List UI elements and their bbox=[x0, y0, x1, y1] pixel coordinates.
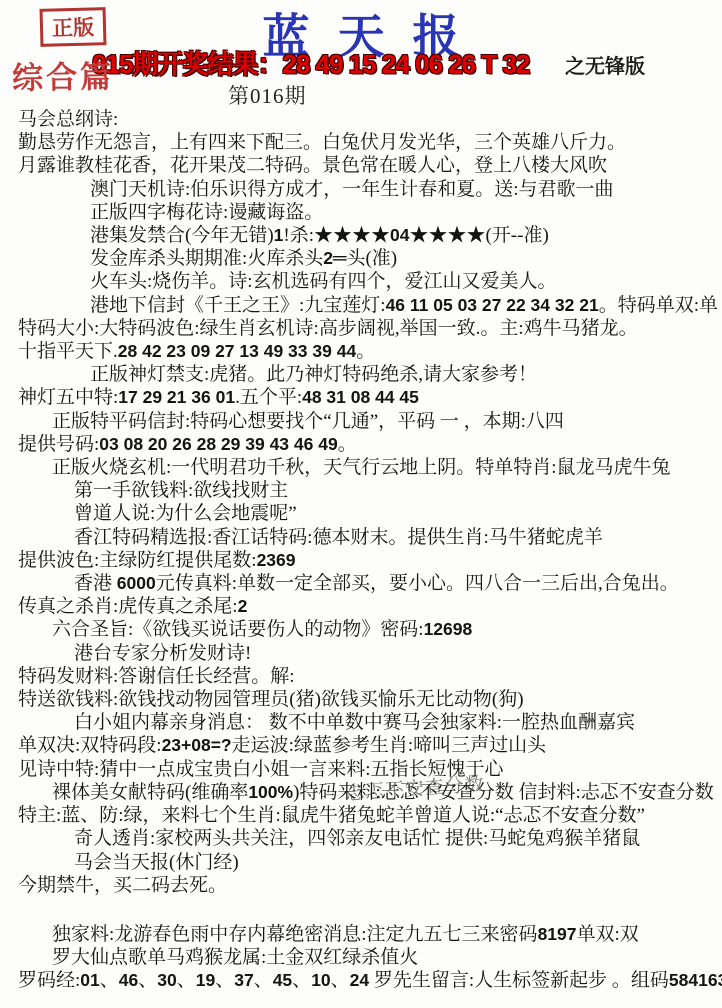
text-line: 传真之杀肖:虎传真之杀尾:2 bbox=[0, 595, 722, 618]
number-run: 12698 bbox=[424, 619, 473, 639]
text-line: 提供波色:主绿防红提供尾数:2369 bbox=[0, 549, 722, 572]
text-line: 单双决:双特码段:23+08=?走运波:绿蓝参考生肖:啼叫三声过山头 bbox=[0, 734, 722, 757]
text-line: 特送欲钱料:欲钱找动物园管理员(猪)欲钱买愉乐无比动物(狗) bbox=[0, 688, 722, 711]
number-run: 23+08=? bbox=[162, 735, 232, 755]
text-line: 港集发禁合(今年无错)1!杀:★★★★04★★★★(开--准) bbox=[0, 224, 722, 247]
text-line: 澳门天机诗:伯乐识得方成才，一年生计春和夏。送:与君歌一曲 bbox=[0, 178, 722, 201]
text-line: 六合圣旨:《欲钱买说话要伤人的动物》密码:12698 bbox=[0, 618, 722, 641]
text-line: 正版火烧玄机:一代明君功千秋，天气行云地上阴。特单特肖:鼠龙马虎牛兔 bbox=[0, 456, 722, 479]
body-text: 马会总纲诗:勤恳劳作无怨言，上有四来下配三。白兔伏月发光华，三个英雄八斤力。月露… bbox=[0, 108, 722, 993]
number-run: 2 bbox=[323, 248, 333, 268]
text-line: 罗码经:01、46、30、19、37、45、10、24 罗先生留言:人生标签新起… bbox=[0, 969, 722, 992]
text-line: 特码发财料:答谢信任长经营。解: bbox=[0, 665, 722, 688]
issue-number: 第016期 bbox=[228, 80, 307, 110]
number-run: 30 bbox=[157, 970, 176, 990]
text-line: 今期禁牛，买二码去死。 bbox=[0, 874, 722, 897]
text-line: 发金库杀头期期准:火库杀头2═头(准) bbox=[0, 247, 722, 270]
number-run: 45 bbox=[273, 970, 292, 990]
number-run: 01 bbox=[80, 970, 99, 990]
number-run: 46 bbox=[119, 970, 138, 990]
text-line: 正版神灯禁支:虎猪。此乃神灯特码绝杀,请大家参考！ bbox=[0, 363, 722, 386]
number-run: 1 bbox=[274, 225, 284, 245]
number-run: 8197 bbox=[538, 924, 577, 944]
text-line: 见诗中特:猜中一点成宝贵白小姐一言来料:五指长短愧于心 bbox=[0, 758, 722, 781]
number-run: 46 11 05 03 27 22 34 32 21 bbox=[386, 295, 599, 315]
text-line: 白小姐内幕亲身消息： 数不中单数中赛马会独家料:一腔热血酬嘉宾 bbox=[0, 711, 722, 734]
text-line: 正版特平码信封:特码心想要找个“几通”，平码 一 ，本期:八四 bbox=[0, 410, 722, 433]
number-run: 48 31 08 44 45 bbox=[302, 387, 419, 407]
text-line: 十指平天下.28 42 23 09 27 13 49 33 39 44。 bbox=[0, 340, 722, 363]
number-run: 10 bbox=[311, 970, 330, 990]
text-line: 独家料:龙游春色雨中存内幕绝密消息:注定九五七三来密码8197单双:双 bbox=[0, 923, 722, 946]
section-label: 综合篇 bbox=[12, 51, 115, 98]
text-line: 裸体美女献特码(维确率100%)特码来料:忐忑不安查分数 信封料:忐忑不安查分数… bbox=[0, 781, 722, 804]
text-line: 神灯五中特:17 29 21 36 01.五个平:48 31 08 44 45 bbox=[0, 386, 722, 409]
draw-result-banner: 015期开奖结果：28 49 15 24 06 26 T 32 bbox=[92, 44, 529, 81]
number-run: 17 29 21 36 01 bbox=[118, 387, 235, 407]
text-line: 勤恳劳作无怨言，上有四来下配三。白兔伏月发光华，三个英雄八斤力。 bbox=[0, 131, 722, 154]
number-run: 03 08 20 26 28 29 39 43 46 49 bbox=[99, 434, 337, 454]
text-line: 香江特码精选报:香江话特码:德本财末。提供生肖:马牛猪蛇虎羊 bbox=[0, 526, 722, 549]
text-line: 第一手欲钱料:欲线找财主 bbox=[0, 479, 722, 502]
text-line: 香港 6000元传真料:单数一定全部买，要小心。四八合一三后出,合兔出。 bbox=[0, 572, 722, 595]
number-run: 6000 bbox=[117, 573, 156, 593]
text-line: 港地下信封《千王之王》:九宝莲灯:46 11 05 03 27 22 34 32… bbox=[0, 294, 722, 317]
text-line: 正版四字梅花诗:谩藏诲盗。 bbox=[0, 201, 722, 224]
text-line: 奇人透肖:家校两头共关注，四邻亲友电话忙 提供:马蛇兔鸡猴羊猪鼠 bbox=[0, 827, 722, 850]
number-run: 37 bbox=[234, 970, 253, 990]
text-line: 提供号码:03 08 20 26 28 29 39 43 46 49。 bbox=[0, 433, 722, 456]
number-run: 2 bbox=[238, 596, 248, 616]
text-line: 特码大小:大特码波色:绿生肖玄机诗:高步阔视,举国一致.。主:鸡牛马猪龙。 bbox=[0, 317, 722, 340]
edition-label: 之无锋版 bbox=[565, 50, 645, 79]
masthead: 正版 蓝天报 015期开奖结果：28 49 15 24 06 26 T 32 之… bbox=[0, 0, 722, 108]
text-line: 马会总纲诗: bbox=[0, 108, 722, 131]
text-line: 月露谁教桂花香，花开果茂二特码。景色常在暖人心，登上八楼大风吹 bbox=[0, 154, 722, 177]
text-line: 马会当天报(休门经) bbox=[0, 851, 722, 874]
text-line: 特主:蓝、防:绿，来料七个生肖:鼠虎牛猪兔蛇羊曾道人说:“忐忑不安查分数” bbox=[0, 804, 722, 827]
number-run: 04 bbox=[390, 225, 409, 245]
number-run: 19 bbox=[196, 970, 215, 990]
text-line: 港台专家分析发财诗! bbox=[0, 642, 722, 665]
number-run: 2369 bbox=[257, 550, 296, 570]
text-line: 火车头:烧伤羊。诗:玄机选码有四个，爱江山又爱美人。 bbox=[0, 270, 722, 293]
text-line: 曾道人说:为什么会地震呢” bbox=[0, 502, 722, 525]
number-run: 100% bbox=[248, 782, 293, 802]
number-run: 24 bbox=[350, 970, 369, 990]
text-line: 罗大仙点歌单马鸡猴龙属:土金双红绿杀值火 bbox=[0, 946, 722, 969]
number-run: 28 42 23 09 27 13 49 33 39 44 bbox=[118, 341, 356, 361]
number-run: 584163 bbox=[669, 970, 722, 990]
blank-gap bbox=[0, 897, 722, 923]
